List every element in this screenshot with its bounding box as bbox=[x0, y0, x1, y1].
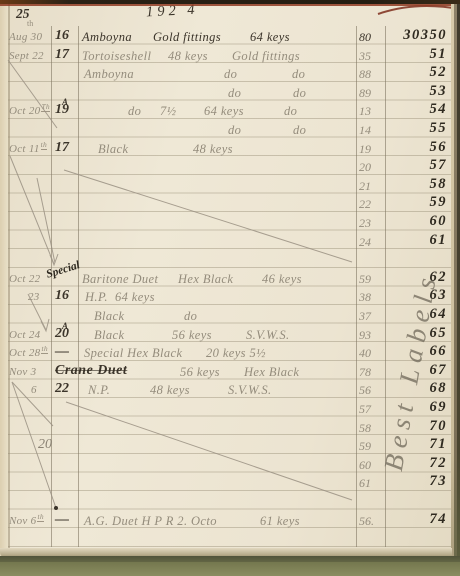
entry-number-cell: — bbox=[55, 344, 69, 359]
qty-cell: 61 bbox=[359, 476, 371, 491]
ledger-row: Oct 28th—Special Hex Black20 keys 5½4066 bbox=[0, 344, 452, 363]
qty-cell: 14 bbox=[359, 123, 371, 138]
description-cell: Black bbox=[94, 328, 124, 343]
description-cell: 48 keys bbox=[193, 142, 233, 157]
qty-cell: 24 bbox=[359, 235, 371, 250]
date-cell: Aug 30 bbox=[9, 30, 42, 45]
description-cell: Tortoiseshell bbox=[82, 49, 151, 64]
date-superscript: th bbox=[37, 512, 43, 522]
description-cell: Hex Black bbox=[178, 272, 233, 287]
ledger-row: 5769 bbox=[0, 400, 452, 419]
description-cell: 48 keys bbox=[168, 49, 208, 64]
ledger-row: 2316H.P. 64 keys3863 bbox=[0, 288, 452, 307]
page-number-suffix: th bbox=[27, 19, 33, 28]
ledger-row: 2158 bbox=[0, 177, 452, 196]
qty-cell: 93 bbox=[359, 328, 371, 343]
description-cell: 64 keys bbox=[204, 104, 244, 119]
ledger-page-photo: 192 4 25 th Aug 3016AmboynaGold fittings… bbox=[0, 0, 460, 576]
date-superscript: th bbox=[41, 140, 47, 150]
description-cell: 56 keys bbox=[172, 328, 212, 343]
ledger-row: 2057 bbox=[0, 158, 452, 177]
qty-cell: 56. bbox=[359, 514, 374, 529]
entry-number-superscript: A bbox=[62, 319, 68, 334]
qty-cell: 57 bbox=[359, 402, 371, 417]
description-cell: 48 keys bbox=[150, 383, 190, 398]
serial-number-cell: 30350 bbox=[385, 28, 447, 43]
description-cell: S.V.W.S. bbox=[246, 328, 290, 343]
date-cell: 23 bbox=[28, 290, 40, 305]
entry-number-cell: 17 bbox=[55, 47, 69, 62]
date-superscript: Th bbox=[41, 102, 50, 112]
ledger-row: 622N.P.48 keysS.V.W.S.5668 bbox=[0, 381, 452, 400]
ledger-row: 6173 bbox=[0, 474, 452, 493]
qty-cell: 78 bbox=[359, 365, 371, 380]
qty-cell: 22 bbox=[359, 197, 371, 212]
qty-cell: 38 bbox=[359, 290, 371, 305]
description-cell: Black bbox=[94, 309, 124, 324]
ledger-row bbox=[0, 493, 452, 512]
date-cell: Nov 6th bbox=[9, 514, 44, 529]
qty-cell: 88 bbox=[359, 67, 371, 82]
ledger-row: Oct 11th17Black48 keys1956 bbox=[0, 140, 452, 159]
date-cell: Oct 28th bbox=[9, 346, 48, 361]
description-cell: do bbox=[128, 104, 141, 119]
description-cell: N.P. bbox=[88, 383, 110, 398]
description-cell: do bbox=[184, 309, 197, 324]
date-cell: Oct 11th bbox=[9, 142, 47, 157]
serial-number-cell: 74 bbox=[385, 512, 447, 527]
description-cell: A.G. Duet H P R 2. Octo bbox=[84, 514, 217, 529]
ledger-row: Oct 22SpecialBaritone DuetHex Black46 ke… bbox=[0, 270, 452, 289]
qty-cell: 37 bbox=[359, 309, 371, 324]
ledger-row: 2461 bbox=[0, 233, 452, 252]
entry-number-cell: A20 bbox=[55, 326, 69, 341]
ledger-row: Amboynadodo8852 bbox=[0, 65, 452, 84]
ledger-row: Nov 6th—A.G. Duet H P R 2. Octo61 keys56… bbox=[0, 512, 452, 531]
description-cell: do bbox=[293, 123, 306, 138]
qty-cell: 59 bbox=[359, 439, 371, 454]
qty-cell: 19 bbox=[359, 142, 371, 157]
description-cell: 61 keys bbox=[260, 514, 300, 529]
qty-cell: 89 bbox=[359, 86, 371, 101]
date-cell: Oct 24 bbox=[9, 328, 40, 343]
description-cell: Black bbox=[98, 142, 128, 157]
qty-cell: 59 bbox=[359, 272, 371, 287]
description-cell: Amboyna bbox=[84, 67, 134, 82]
description-cell: do bbox=[292, 67, 305, 82]
qty-cell: 35 bbox=[359, 49, 371, 64]
description-cell: do bbox=[293, 86, 306, 101]
qty-cell: 13 bbox=[359, 104, 371, 119]
description-cell: do bbox=[284, 104, 297, 119]
qty-cell: 56 bbox=[359, 383, 371, 398]
description-cell: Special Hex Black bbox=[84, 346, 182, 361]
description-cell: 7½ bbox=[160, 104, 176, 119]
entry-number-cell: Crane Duet bbox=[55, 363, 187, 378]
serial-number-cell: 52 bbox=[385, 65, 447, 80]
serial-number-cell: 73 bbox=[385, 474, 447, 489]
description-cell: 56 keys bbox=[180, 365, 220, 380]
qty-cell: 21 bbox=[359, 179, 371, 194]
red-top-rule bbox=[0, 4, 460, 6]
ledger-row: dodo1455 bbox=[0, 121, 452, 140]
date-cell: Sept 22 bbox=[9, 49, 44, 64]
serial-number-cell: 56 bbox=[385, 140, 447, 155]
entry-number-cell: 20 bbox=[38, 437, 52, 452]
ledger-row: 2259 bbox=[0, 195, 452, 214]
description-cell: H.P. 64 keys bbox=[85, 290, 155, 305]
ledger-row: Oct 20ThA19do7½64 keysdo1354 bbox=[0, 102, 452, 121]
date-cell: Oct 20Th bbox=[9, 104, 50, 119]
ledger-row: Sept 2217Tortoiseshell48 keysGold fittin… bbox=[0, 47, 452, 66]
entry-number-cell: 16 bbox=[55, 28, 69, 43]
entry-number-cell: 22 bbox=[55, 381, 69, 396]
description-cell: 46 keys bbox=[262, 272, 302, 287]
table-background bbox=[0, 562, 460, 576]
entry-number-superscript: A bbox=[62, 95, 68, 110]
qty-cell: 60 bbox=[359, 458, 371, 473]
date-cell: Nov 3 bbox=[9, 365, 36, 380]
description-cell: Gold fittings bbox=[153, 30, 221, 45]
ledger-row: Nov 3Crane Duet56 keysHex Black7867 bbox=[0, 363, 452, 382]
serial-number-cell: 51 bbox=[385, 47, 447, 62]
description-cell: do bbox=[228, 86, 241, 101]
description-cell: Baritone Duet bbox=[82, 272, 158, 287]
qty-cell: 58 bbox=[359, 421, 371, 436]
serial-number-cell: 55 bbox=[385, 121, 447, 136]
description-cell: Gold fittings bbox=[232, 49, 300, 64]
description-cell: Amboyna bbox=[82, 30, 132, 45]
date-cell: Oct 22 bbox=[9, 272, 40, 287]
entry-number-cell: 17 bbox=[55, 140, 69, 155]
entry-number-cell: — bbox=[55, 512, 69, 527]
description-cell: do bbox=[228, 123, 241, 138]
qty-cell: 40 bbox=[359, 346, 371, 361]
description-cell: 20 keys 5½ bbox=[206, 346, 266, 361]
entry-number-cell: 16 bbox=[55, 288, 69, 303]
entry-number-cell: A19 bbox=[55, 102, 69, 117]
date-superscript: th bbox=[41, 344, 47, 354]
ledger-row: 2360 bbox=[0, 214, 452, 233]
description-cell: S.V.W.S. bbox=[228, 383, 272, 398]
qty-cell: 80 bbox=[359, 30, 371, 45]
description-cell: do bbox=[224, 67, 237, 82]
serial-number-cell: 54 bbox=[385, 102, 447, 117]
serial-number-cell: 53 bbox=[385, 84, 447, 99]
description-cell: Hex Black bbox=[244, 365, 299, 380]
qty-cell: 20 bbox=[359, 160, 371, 175]
qty-cell: 23 bbox=[359, 216, 371, 231]
ledger-row: Oct 24A20Black56 keysS.V.W.S.9365 bbox=[0, 326, 452, 345]
ledger-row: Aug 3016AmboynaGold fittings64 keys80303… bbox=[0, 28, 452, 47]
description-cell: 64 keys bbox=[250, 30, 290, 45]
date-cell: 6 bbox=[31, 383, 37, 398]
